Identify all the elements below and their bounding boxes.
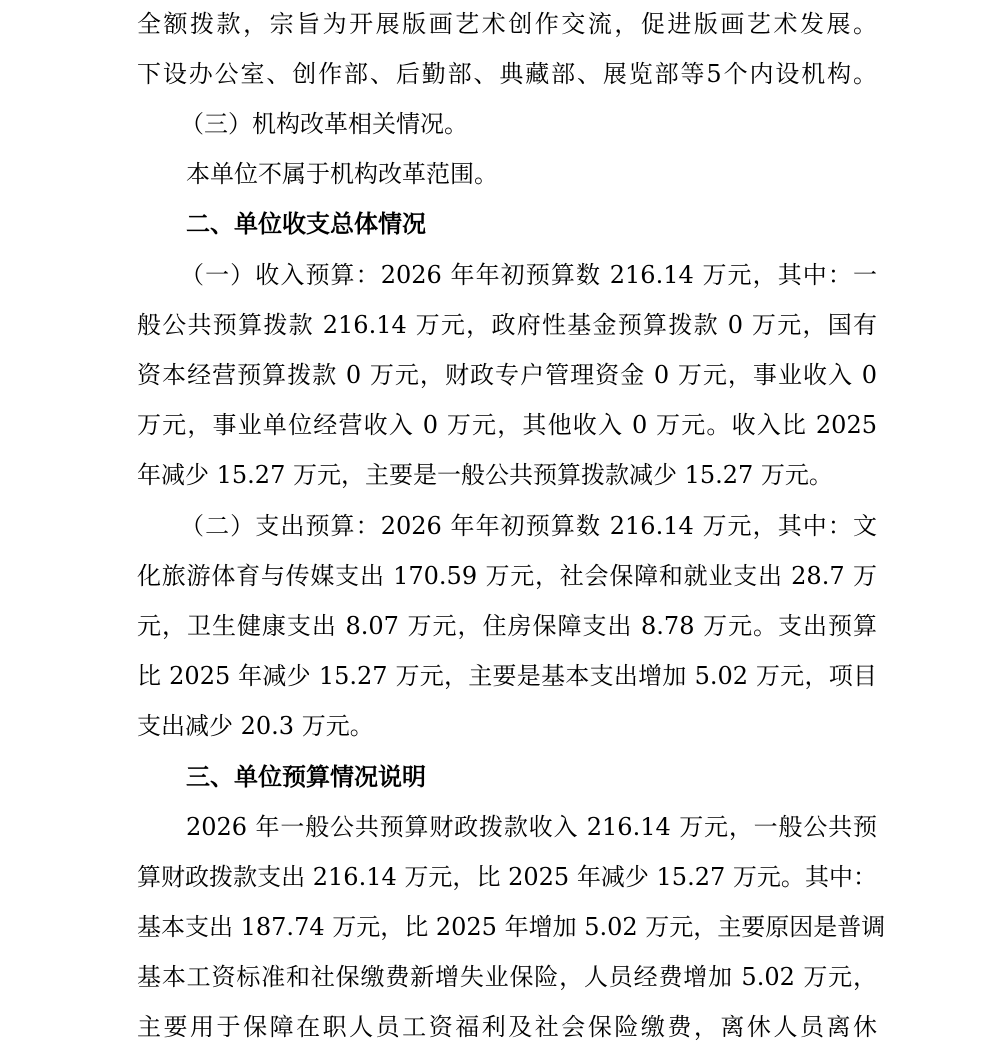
subheading-org-reform: （三）机构改革相关情况。 [180, 106, 871, 142]
text-line: 比 2025 年减少 15.27 万元，主要是基本支出增加 5.02 万元，项目 [137, 658, 877, 694]
text-line: （一）收入预算：2026 年年初预算数 216.14 万元，其中：一 [180, 257, 877, 293]
text-line: 算财政拨款支出 216.14 万元，比 2025 年减少 15.27 万元。其中… [137, 859, 877, 895]
text-line: 全额拨款，宗旨为开展版画艺术创作交流，促进版画艺术发展。 [137, 6, 877, 42]
text-line: 资本经营预算拨款 0 万元，财政专户管理资金 0 万元，事业收入 0 [137, 357, 877, 393]
text-line: 基本工资标准和社保缴费新增失业保险，人员经费增加 5.02 万元， [137, 959, 877, 995]
text-line: 般公共预算拨款 216.14 万元，政府性基金预算拨款 0 万元，国有 [137, 307, 877, 343]
text-line: 主要用于保障在职人员工资福利及社会保险缴费，离休人员离休 [137, 1009, 877, 1045]
text-line: 元，卫生健康支出 8.07 万元，住房保障支出 8.78 万元。支出预算 [137, 608, 877, 644]
text-line: 支出减少 20.3 万元。 [137, 708, 877, 744]
text-line: 化旅游体育与传媒支出 170.59 万元，社会保障和就业支出 28.7 万 [137, 558, 877, 594]
text-line: 年减少 15.27 万元，主要是一般公共预算拨款减少 15.27 万元。 [137, 457, 877, 493]
text-line: 本单位不属于机构改革范围。 [186, 156, 877, 192]
text-line: 下设办公室、创作部、后勤部、典藏部、展览部等5个内设机构。 [137, 56, 877, 92]
section-heading-income-expenditure: 二、单位收支总体情况 [186, 206, 877, 242]
text-line: 2026 年一般公共预算财政拨款收入 216.14 万元，一般公共预 [186, 809, 877, 845]
text-line: （二）支出预算：2026 年年初预算数 216.14 万元，其中：文 [180, 508, 877, 544]
document-page: 全额拨款，宗旨为开展版画艺术创作交流，促进版画艺术发展。 下设办公室、创作部、后… [0, 0, 1000, 1053]
section-heading-budget-explanation: 三、单位预算情况说明 [186, 759, 877, 795]
text-line: 基本支出 187.74 万元，比 2025 年增加 5.02 万元，主要原因是普… [137, 909, 877, 945]
text-line: 万元，事业单位经营收入 0 万元，其他收入 0 万元。收入比 2025 [137, 407, 877, 443]
